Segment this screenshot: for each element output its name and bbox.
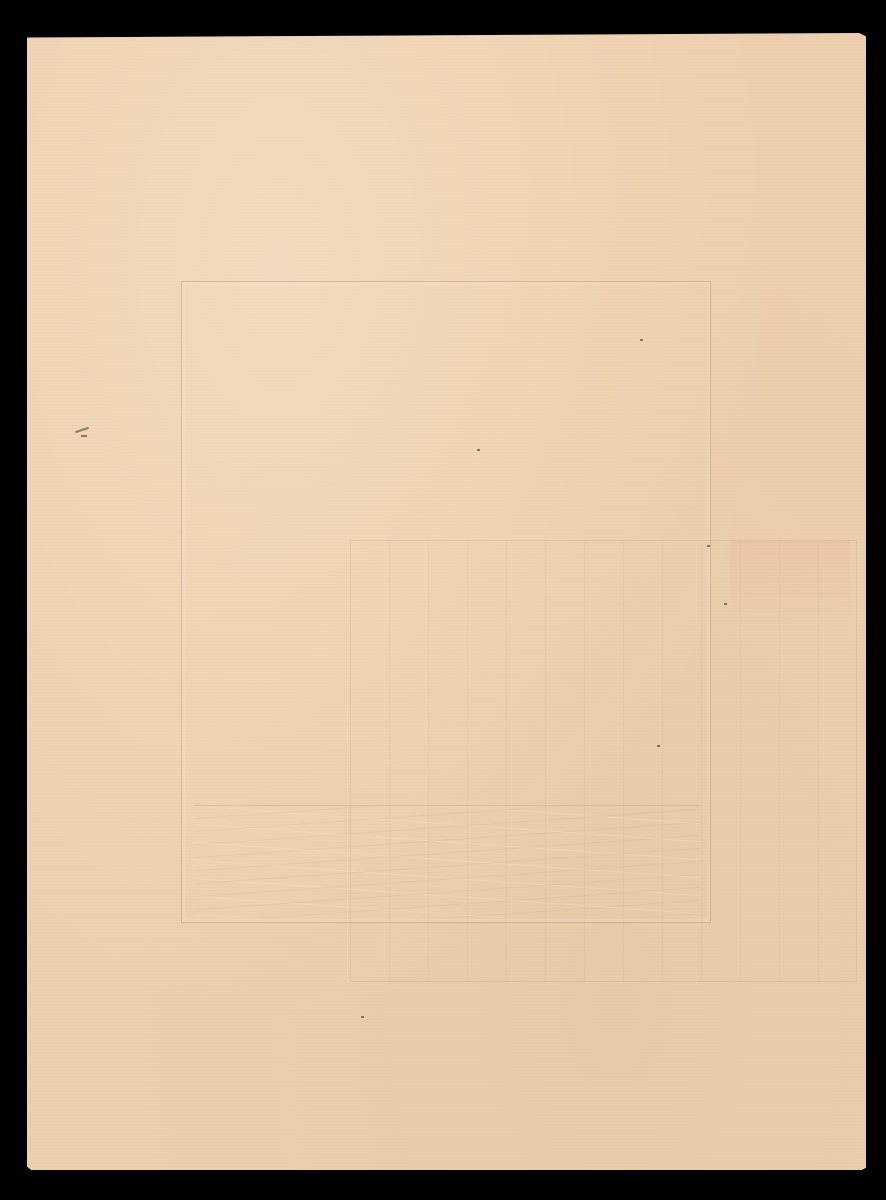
paper-speck [707, 545, 710, 547]
paper-speck [724, 603, 727, 605]
paper-speck [640, 339, 643, 341]
paper-speck [361, 1016, 364, 1018]
ink-mark [75, 423, 99, 437]
paper-sheet [27, 33, 866, 1170]
show-through-red-seal [730, 541, 850, 643]
paper-speck [657, 745, 660, 747]
paper-speck [477, 449, 480, 451]
show-through-water-pattern [195, 805, 700, 918]
